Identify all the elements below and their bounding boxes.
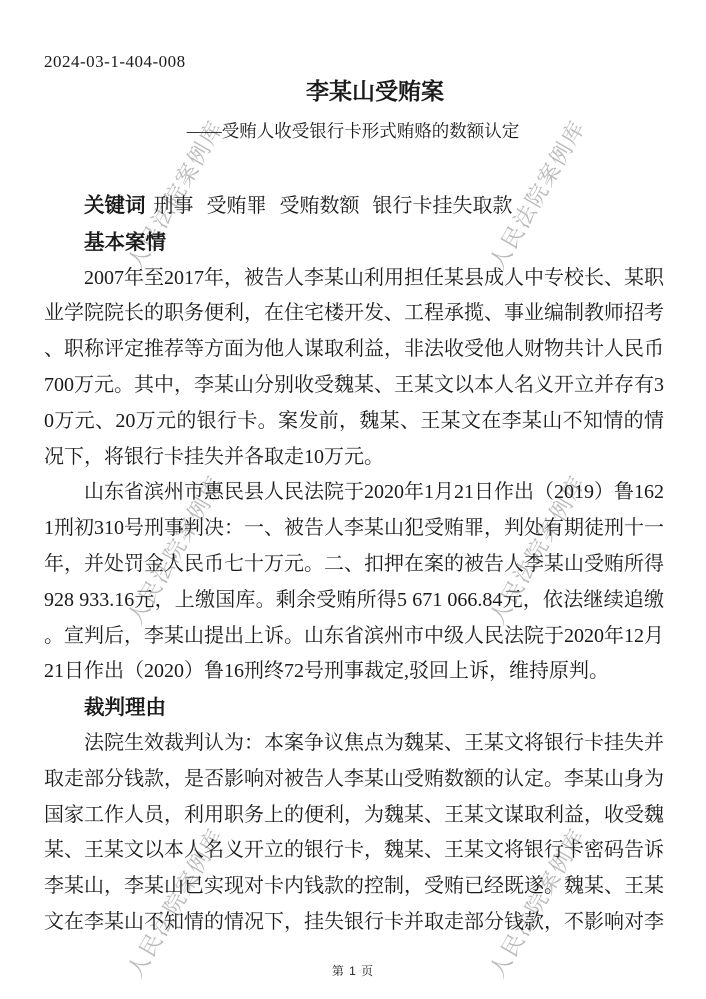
page-number: 第 1 页 [0,962,706,979]
section-heading-judgment-reasons: 裁判理由 [44,690,664,726]
keyword-term: 受贿数额 [280,195,360,217]
paragraph-basic-facts-1: 2007年至2017年，被告人李某山利用担任某县成人中专校长、某职业学院院长的职… [44,261,664,476]
keywords-line: 关键词刑事受贿罪受贿数额银行卡挂失取款 [44,188,664,225]
case-number: 2024-03-1-404-008 [44,52,186,72]
keywords-label: 关键词 [84,194,146,217]
paragraph-basic-facts-2: 山东省滨州市惠民县人民法院于2020年1月21日作出（2019）鲁1621刑初3… [44,475,664,690]
keyword-term: 银行卡挂失取款 [373,195,513,217]
keyword-term: 受贿罪 [207,195,267,217]
case-subtitle: ——受贿人收受银行卡形式贿赂的数额认定 [0,118,706,144]
paragraph-judgment-reasons-1: 法院生效裁判认为：本案争议焦点为魏某、王某文将银行卡挂失并取走部分钱款，是否影响… [44,726,664,941]
case-title: 李某山受贿案 [44,78,706,106]
case-document-page: 人民法院案例库 人民法院案例库 人民法院案例库 人民法院案例库 人民法院案例库 … [0,0,706,999]
document-body: 关键词刑事受贿罪受贿数额银行卡挂失取款 基本案情 2007年至2017年，被告人… [44,188,664,941]
keyword-term: 刑事 [154,195,194,217]
section-heading-basic-facts: 基本案情 [44,225,664,261]
